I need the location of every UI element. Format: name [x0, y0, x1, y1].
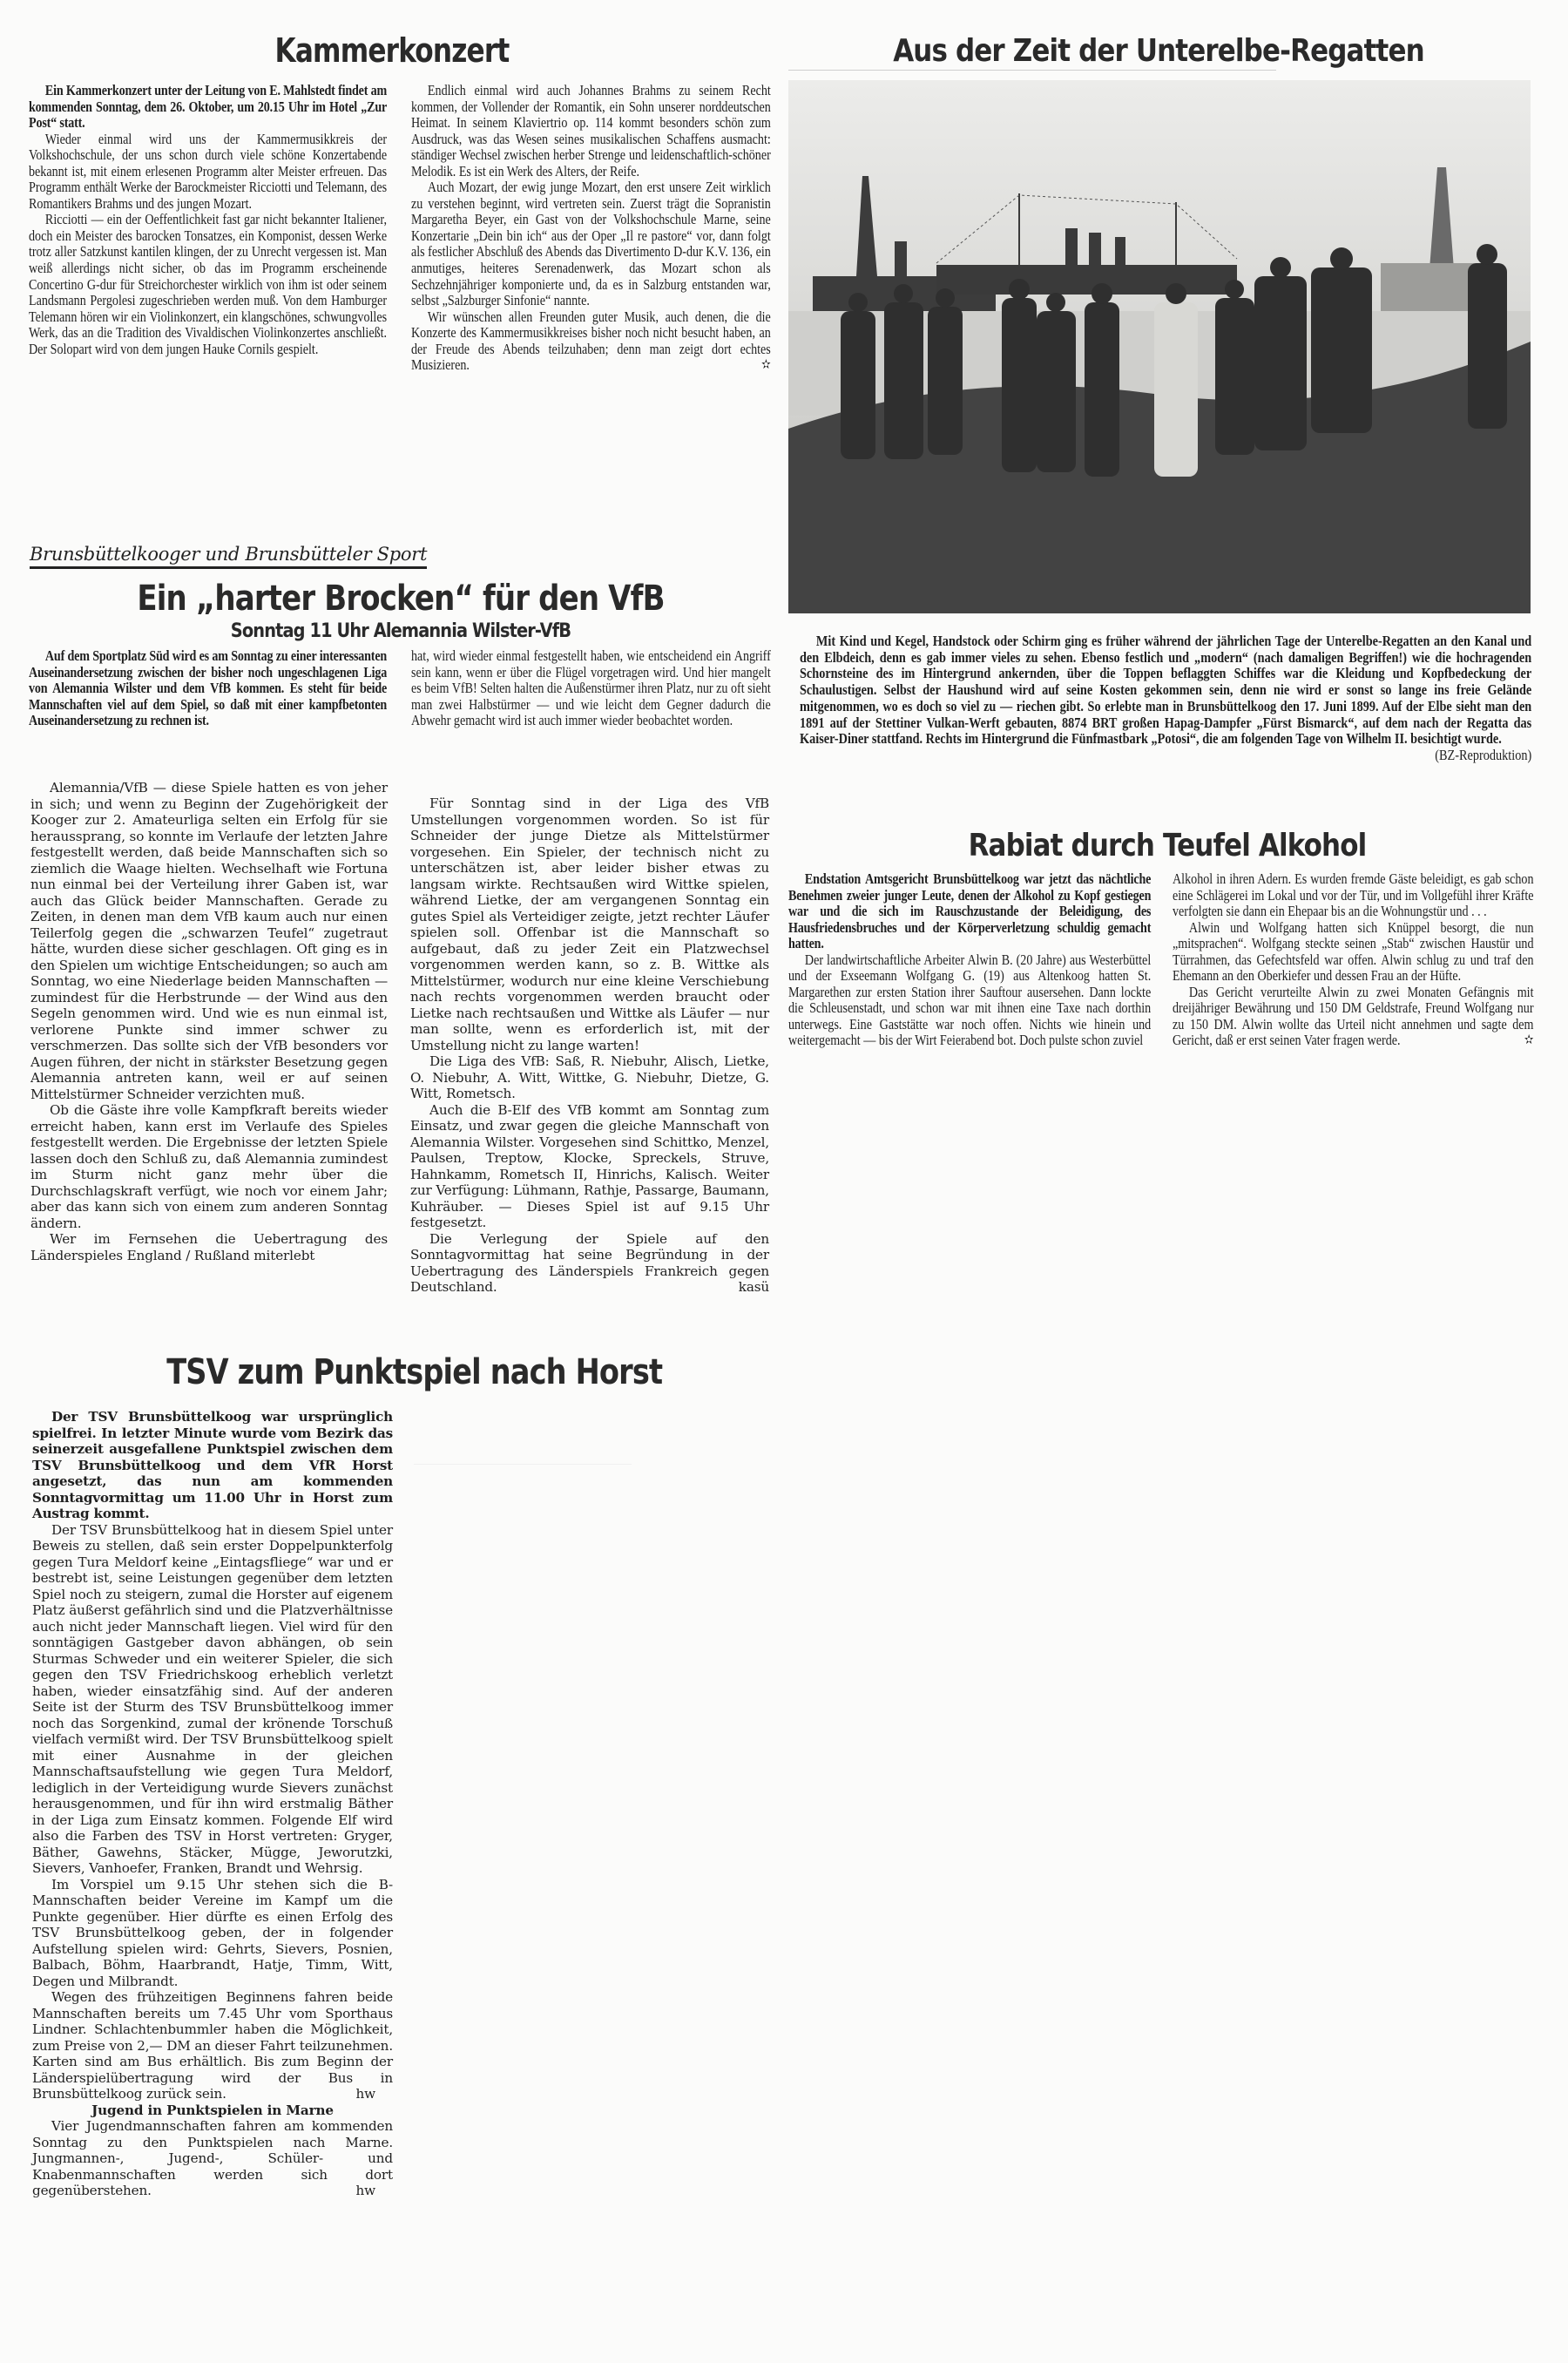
article-paragraph: Alwin und Wolfgang hatten sich Knüppel b… [1173, 920, 1534, 985]
sport-subheadline: Sonntag 11 Uhr Alemannia Wilster-VfB [171, 620, 631, 642]
kammerkonzert-lead: Ein Kammerkonzert unter der Leitung von … [29, 83, 387, 132]
article-paragraph: Der landwirtschaftliche Arbeiter Alwin B… [788, 952, 1151, 1049]
article-paragraph-text: Das Gericht verurteilte Alwin zu zwei Mo… [1173, 984, 1534, 1049]
article-paragraph: Ricciotti — ein der Oeffentlichkeit fast… [29, 212, 387, 357]
article-paragraph: Ob die Gäste ihre volle Kampfkraft berei… [30, 1102, 388, 1231]
rabiat-column-1: Endstation Amtsgericht Brunsbüttelkoog w… [788, 871, 1151, 1049]
end-star-icon: ✫ [745, 357, 771, 374]
kammerkonzert-column-2: Endlich einmal wird auch Johannes Brahms… [411, 83, 771, 374]
author-signature: kasü [720, 1279, 769, 1296]
article-paragraph: Der TSV Brunsbüttelkoog hat in diesem Sp… [32, 1522, 393, 1877]
article-paragraph: hat, wird wieder einmal festgestellt hab… [411, 648, 771, 729]
article-paragraph: Alkohol in ihren Adern. Es wurden fremde… [1173, 871, 1534, 920]
article-paragraph: Im Vorspiel um 9.15 Uhr stehen sich die … [32, 1877, 393, 1990]
sport-lead: Auf dem Sportplatz Süd wird es am Sonnta… [29, 648, 387, 729]
regatta-photo [788, 80, 1531, 613]
article-paragraph-text: Wir wünschen allen Freunden guter Musik,… [411, 308, 771, 374]
article-paragraph: Vier Jugendmannschaften fahren am kommen… [32, 2118, 393, 2199]
rabiat-lead: Endstation Amtsgericht Brunsbüttelkoog w… [788, 871, 1151, 952]
author-signature: hw [337, 2086, 375, 2102]
regatta-caption-text: Mit Kind und Kegel, Handstock oder Schir… [800, 633, 1531, 747]
article-paragraph: Die Verlegung der Spiele auf den Sonntag… [410, 1231, 769, 1296]
sport-headline: Ein „harter Brocken“ für den VfB [105, 579, 697, 619]
article-paragraph: Auch die B-Elf des VfB kommt am Sonntag … [410, 1102, 769, 1231]
regatta-photo-svg [788, 80, 1531, 613]
sport-column-2-body: Für Sonntag sind in der Liga des VfB Ums… [410, 796, 769, 1296]
regatta-headline: Aus der Zeit der Unterelbe-Regatten [841, 33, 1477, 69]
article-paragraph: Wieder einmal wird uns der Kammermusikkr… [29, 132, 387, 213]
tsv-headline: TSV zum Punktspiel nach Horst [166, 1352, 635, 1392]
kammerkonzert-column-1: Ein Kammerkonzert unter der Leitung von … [29, 83, 387, 357]
end-star-icon: ✫ [1508, 1033, 1534, 1049]
article-paragraph: Für Sonntag sind in der Liga des VfB Ums… [410, 796, 769, 1053]
article-paragraph-text: Die Verlegung der Spiele auf den Sonntag… [410, 1231, 769, 1296]
sport-column-2: hat, wird wieder einmal festgestellt hab… [411, 648, 771, 729]
article-paragraph: Die Liga des VfB: Saß, R. Niebuhr, Alisc… [410, 1053, 769, 1102]
kammerkonzert-headline: Kammerkonzert [213, 31, 571, 70]
article-paragraph: Das Gericht verurteilte Alwin zu zwei Mo… [1173, 985, 1534, 1049]
tsv-column: Der TSV Brunsbüttelkoog war ursprünglich… [32, 1409, 393, 2199]
regatta-headline-rule [788, 70, 1276, 71]
article-paragraph: Endlich einmal wird auch Johannes Brahms… [411, 83, 771, 179]
article-paragraph: Wir wünschen allen Freunden guter Musik,… [411, 309, 771, 374]
article-paragraph: Auch Mozart, der ewig junge Mozart, den … [411, 179, 771, 308]
tsv-subhead-jugend: Jugend in Punktspielen in Marne [32, 2102, 393, 2119]
bleed-through-rule [414, 1464, 632, 1465]
article-paragraph: Wegen des frühzeitigen Beginnens fahren … [32, 1989, 393, 2102]
rabiat-column-2: Alkohol in ihren Adern. Es wurden fremde… [1173, 871, 1534, 1049]
regatta-caption: Mit Kind und Kegel, Handstock oder Schir… [800, 633, 1531, 764]
sport-section-kicker: Brunsbüttelkooger und Brunsbütteler Spor… [30, 544, 427, 569]
article-paragraph: Wer im Fernsehen die Uebertragung des Lä… [30, 1231, 388, 1263]
tsv-lead: Der TSV Brunsbüttelkoog war ursprünglich… [32, 1409, 393, 1522]
article-paragraph-text: Wegen des frühzeitigen Beginnens fahren … [32, 1989, 393, 2102]
author-signature: hw [337, 2183, 375, 2199]
article-paragraph: Alemannia/VfB — diese Spiele hatten es v… [30, 780, 388, 1102]
sport-column-1-body: Alemannia/VfB — diese Spiele hatten es v… [30, 780, 388, 1263]
photo-credit: (BZ-Reproduktion) [1418, 748, 1531, 764]
sport-column-1: Auf dem Sportplatz Süd wird es am Sonnta… [29, 648, 387, 729]
rabiat-headline: Rabiat durch Teufel Alkohol [913, 828, 1423, 863]
